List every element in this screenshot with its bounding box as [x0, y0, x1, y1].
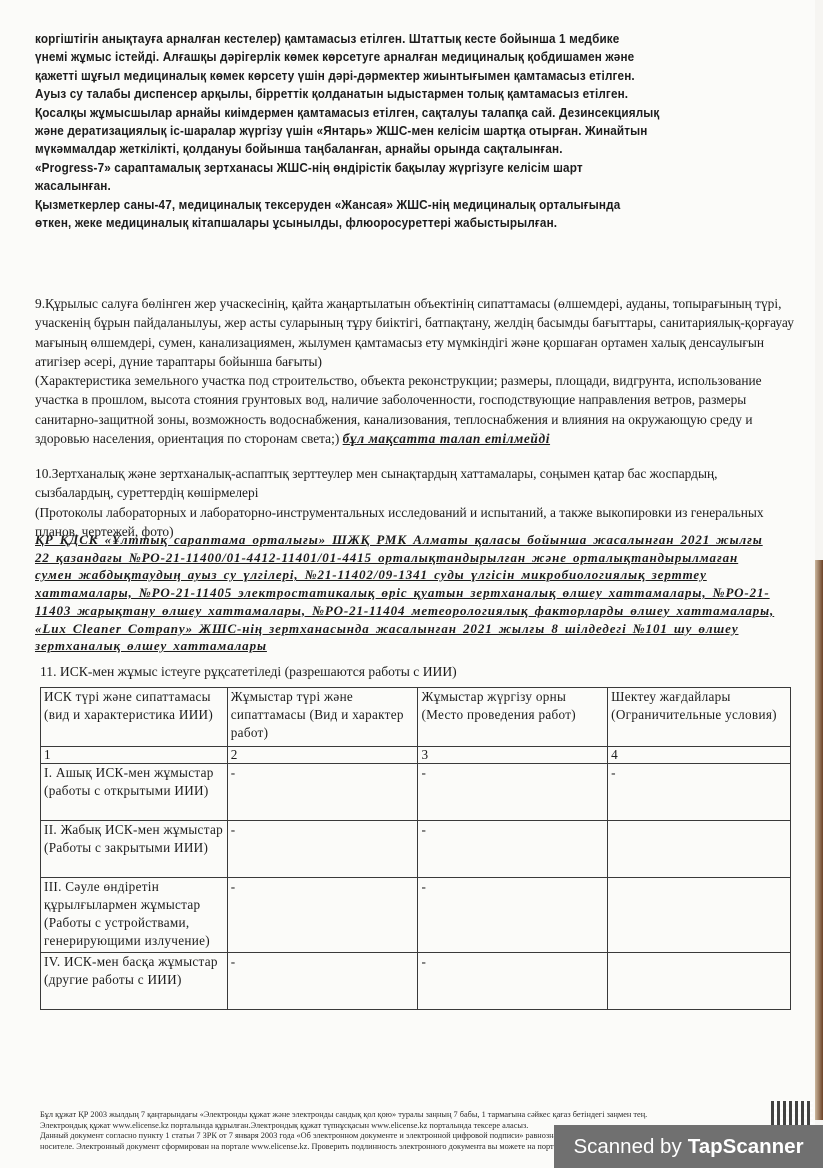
table-cell: - [227, 953, 418, 1010]
table-cell: - [608, 764, 791, 821]
table-cell: - [227, 821, 418, 878]
radiation-sources-table: ИСК түрі және сипаттамасы (вид и характе… [40, 687, 791, 1010]
header-cell: Жұмыстар жүргізу орны (Место проведения … [418, 688, 608, 747]
column-number: 3 [418, 747, 608, 764]
table-row: II. Жабық ИСК-мен жұмыстар (Работы с зак… [41, 821, 791, 878]
text-line: үнемі жұмыс істейді. Алғашқы дәрігерлік … [35, 48, 798, 66]
text-line: Қосалқы жұмысшылар арнайы киімдермен қам… [35, 104, 798, 122]
column-number: 2 [227, 747, 418, 764]
table-cell: - [227, 878, 418, 953]
section-11-title: 11. ИСК-мен жұмыс істеуге рұқсатетіледі … [40, 664, 457, 680]
table-cell: II. Жабық ИСК-мен жұмыстар (Работы с зак… [41, 821, 228, 878]
table-cell: - [418, 764, 608, 821]
table-cell [608, 878, 791, 953]
table-cell: I. Ашық ИСК-мен жұмыстар (работы с откры… [41, 764, 228, 821]
sanitary-conditions-paragraph: коргіштігін анықтауға арналған кестелер)… [35, 30, 798, 232]
column-number-row: 1 2 3 4 [41, 747, 791, 764]
section-9: 9.Құрылыс салуға бөлінген жер учаскесіні… [35, 294, 795, 448]
table-cell: - [418, 878, 608, 953]
text-line: және дератизациялық іс-шаралар жүргізу ү… [35, 122, 798, 140]
watermark-brand: TapScanner [688, 1135, 804, 1159]
watermark-prefix: Scanned by [573, 1135, 681, 1159]
column-number: 1 [41, 747, 228, 764]
table-row: I. Ашық ИСК-мен жұмыстар (работы с откры… [41, 764, 791, 821]
header-cell: Жұмыстар түрі және сипаттамасы (Вид и ха… [227, 688, 418, 747]
section-9-heading-ru: (Характеристика земельного участка под с… [35, 371, 795, 448]
document-page: коргіштігін анықтауға арналған кестелер)… [0, 0, 815, 1168]
text-line: жасалынған. [35, 177, 798, 195]
table-cell: IV. ИСК-мен басқа жұмыстар (другие работ… [41, 953, 228, 1010]
table-cell: - [227, 764, 418, 821]
section-10-heading-kz: 10.Зертханалық және зертханалық-аспаптық… [35, 464, 795, 503]
table-cell [608, 821, 791, 878]
table-header-row: ИСК түрі және сипаттамасы (вид и характе… [41, 688, 791, 747]
text-line: «Progress-7» сараптамалық зертханасы ЖШС… [35, 159, 798, 177]
section-10-protocols-list: ҚР ҚДСК «Ұлттық сараптама орталығы» ШЖҚ … [35, 531, 780, 655]
text-line: өткен, жеке медициналық кітапшалары ұсын… [35, 214, 798, 232]
header-cell: ИСК түрі және сипаттамасы (вид и характе… [41, 688, 228, 747]
text-line: Қызметкерлер саны-47, медициналық тексер… [35, 196, 798, 214]
table-cell [608, 953, 791, 1010]
header-cell: Шектеу жағдайлары (Ограничительные услов… [608, 688, 791, 747]
section-9-heading-kz: 9.Құрылыс салуға бөлінген жер учаскесіні… [35, 294, 795, 371]
table-row: IV. ИСК-мен басқа жұмыстар (другие работ… [41, 953, 791, 1010]
text-line: коргіштігін анықтауға арналған кестелер)… [35, 30, 798, 48]
text-line: қажетті шұғыл медициналық көмек көрсету … [35, 67, 798, 85]
table-cell: - [418, 821, 608, 878]
text-line: мүкәммалдар жеткілікті, қолдануы бойынша… [35, 140, 798, 158]
footer-line: Бұл құжат ҚР 2003 жылдың 7 қаңтарындағы … [40, 1110, 780, 1121]
text-line: Ауыз су талабы диспенсер арқылы, бірретт… [35, 85, 798, 103]
page-edge-shadow [815, 560, 823, 1120]
scanner-watermark: Scanned by TapScanner [554, 1125, 823, 1168]
table-cell: - [418, 953, 608, 1010]
section-9-answer: бұл мақсатта талап етілмейді [343, 431, 550, 446]
column-number: 4 [608, 747, 791, 764]
section-10: 10.Зертханалық және зертханалық-аспаптық… [35, 464, 795, 541]
table-row: III. Сәуле өндіретін құрылғылармен жұмыс… [41, 878, 791, 953]
table-cell: III. Сәуле өндіретін құрылғылармен жұмыс… [41, 878, 228, 953]
